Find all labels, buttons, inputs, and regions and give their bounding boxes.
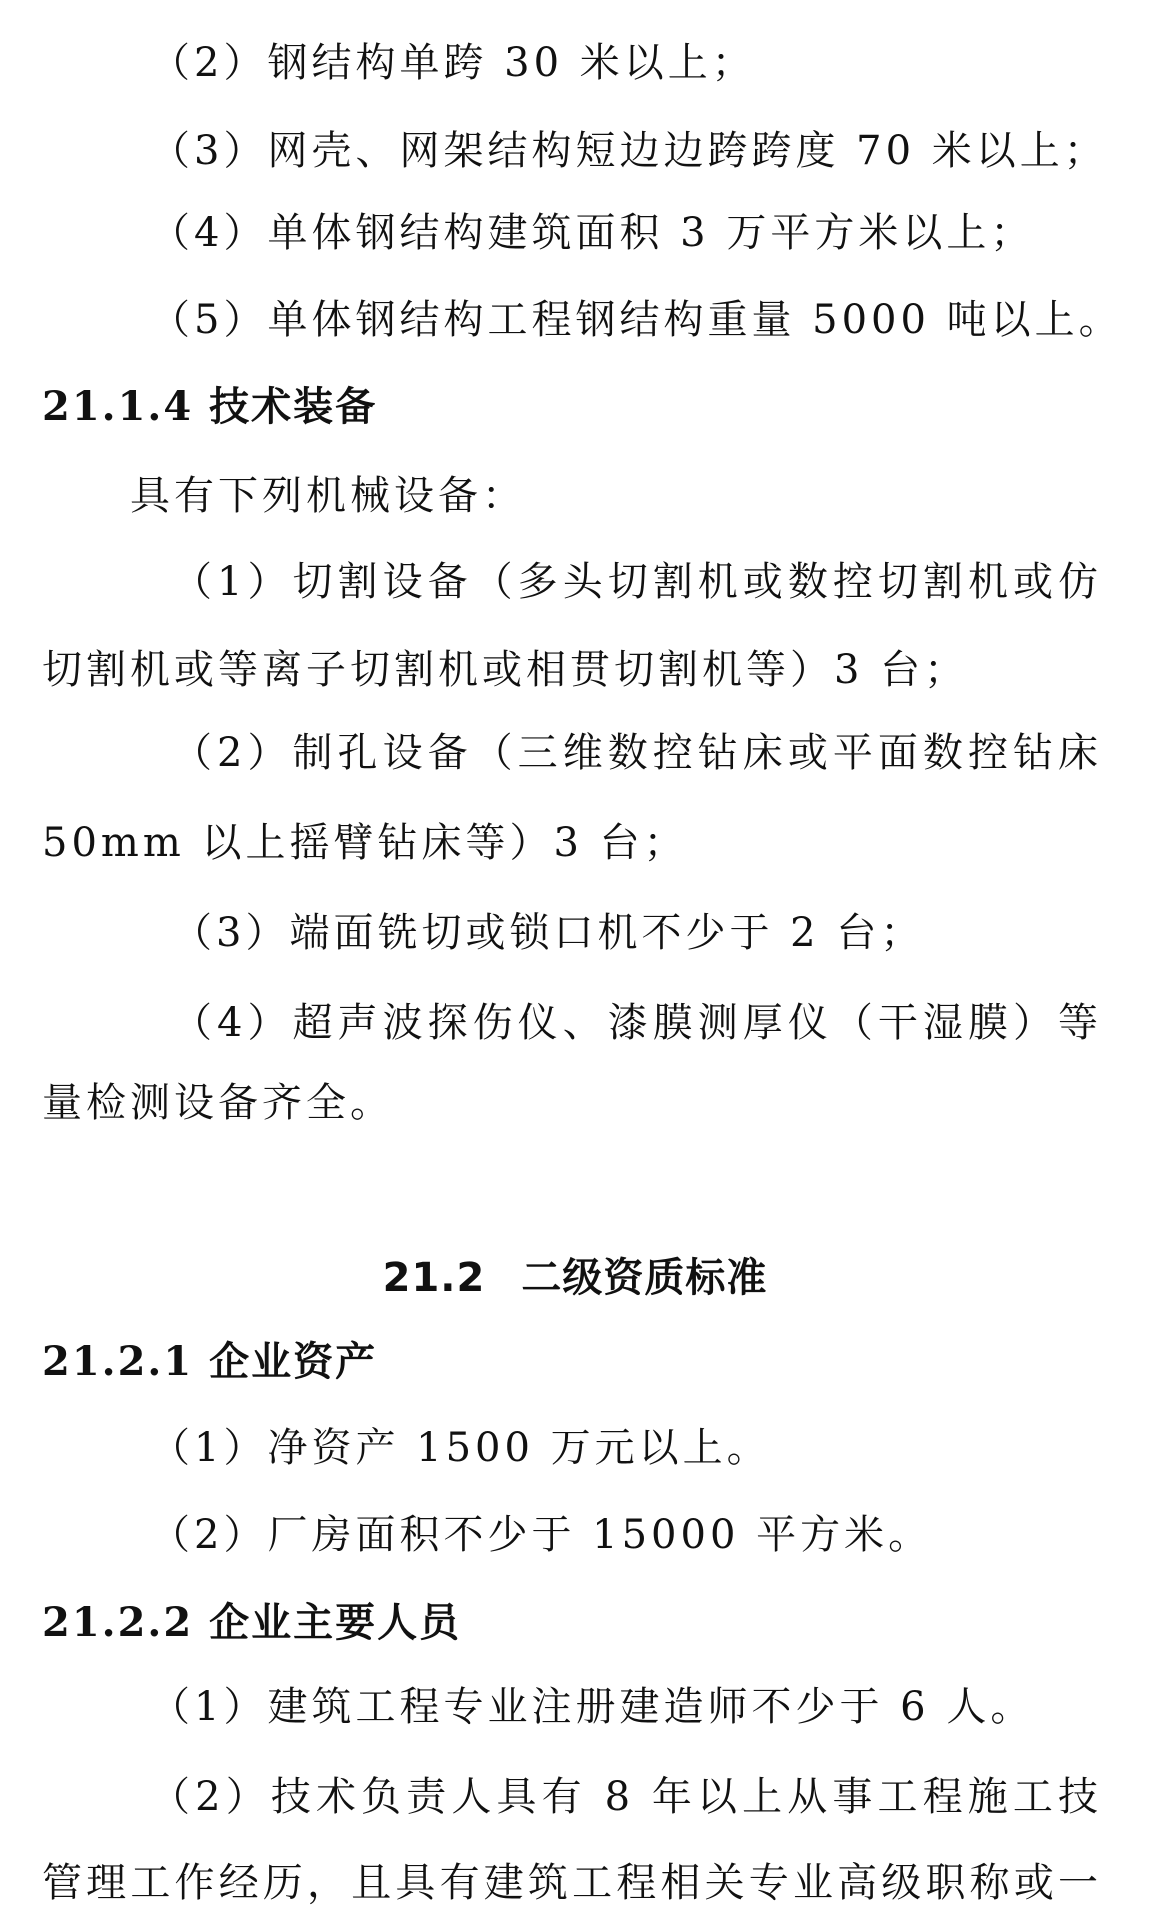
section-heading-21-1-4: 21.1.4 技术装备 [42,383,377,431]
list-item-factory-area: （2）厂房面积不少于 15000 平方米。 [150,1511,932,1559]
list-item-inspection-equipment: （4）超声波探伤仪、漆膜测厚仪（干湿膜）等质 [172,999,1102,1047]
paragraph-intro: 具有下列机械设备： [130,472,526,520]
list-item-span-30m: （2）钢结构单跨 30 米以上； [150,39,756,87]
section-title-21-2: 21.2二级资质标准 [0,1254,1150,1302]
section-number: 21.2 [383,1255,486,1301]
section-title-text: 二级资质标准 [521,1255,767,1301]
list-item-milling-machine: （3）端面铣切或锁口机不少于 2 台； [172,909,924,957]
list-item-technical-lead-cont: 管理工作经历，且具有建筑工程相关专业高级职称或一 [42,1859,1102,1907]
list-item-registered-constructors: （1）建筑工程专业注册建造师不少于 6 人。 [150,1683,1034,1731]
list-item-technical-lead: （2）技术负责人具有 8 年以上从事工程施工技术 [150,1773,1102,1821]
section-heading-21-2-2: 21.2.2 企业主要人员 [42,1599,461,1647]
list-item-cutting-equipment: （1）切割设备（多头切割机或数控切割机或仿型 [172,558,1102,606]
list-item-steel-weight: （5）单体钢结构工程钢结构重量 5000 吨以上。 [150,296,1123,344]
list-item-inspection-equipment-cont: 量检测设备齐全。 [42,1079,394,1127]
section-heading-21-2-1: 21.2.1 企业资产 [42,1338,377,1386]
list-item-grid-shell-70m: （3）网壳、网架结构短边边跨跨度 70 米以上； [150,127,1108,175]
list-item-net-assets: （1）净资产 1500 万元以上。 [150,1424,771,1472]
list-item-drilling-equipment: （2）制孔设备（三维数控钻床或平面数控钻床或 [172,729,1102,777]
list-item-drilling-equipment-cont: 50mm 以上摇臂钻床等）3 台； [42,819,688,867]
list-item-cutting-equipment-cont: 切割机或等离子切割机或相贯切割机等）3 台； [42,646,968,694]
list-item-building-area: （4）单体钢结构建筑面积 3 万平方米以上； [150,209,1034,257]
